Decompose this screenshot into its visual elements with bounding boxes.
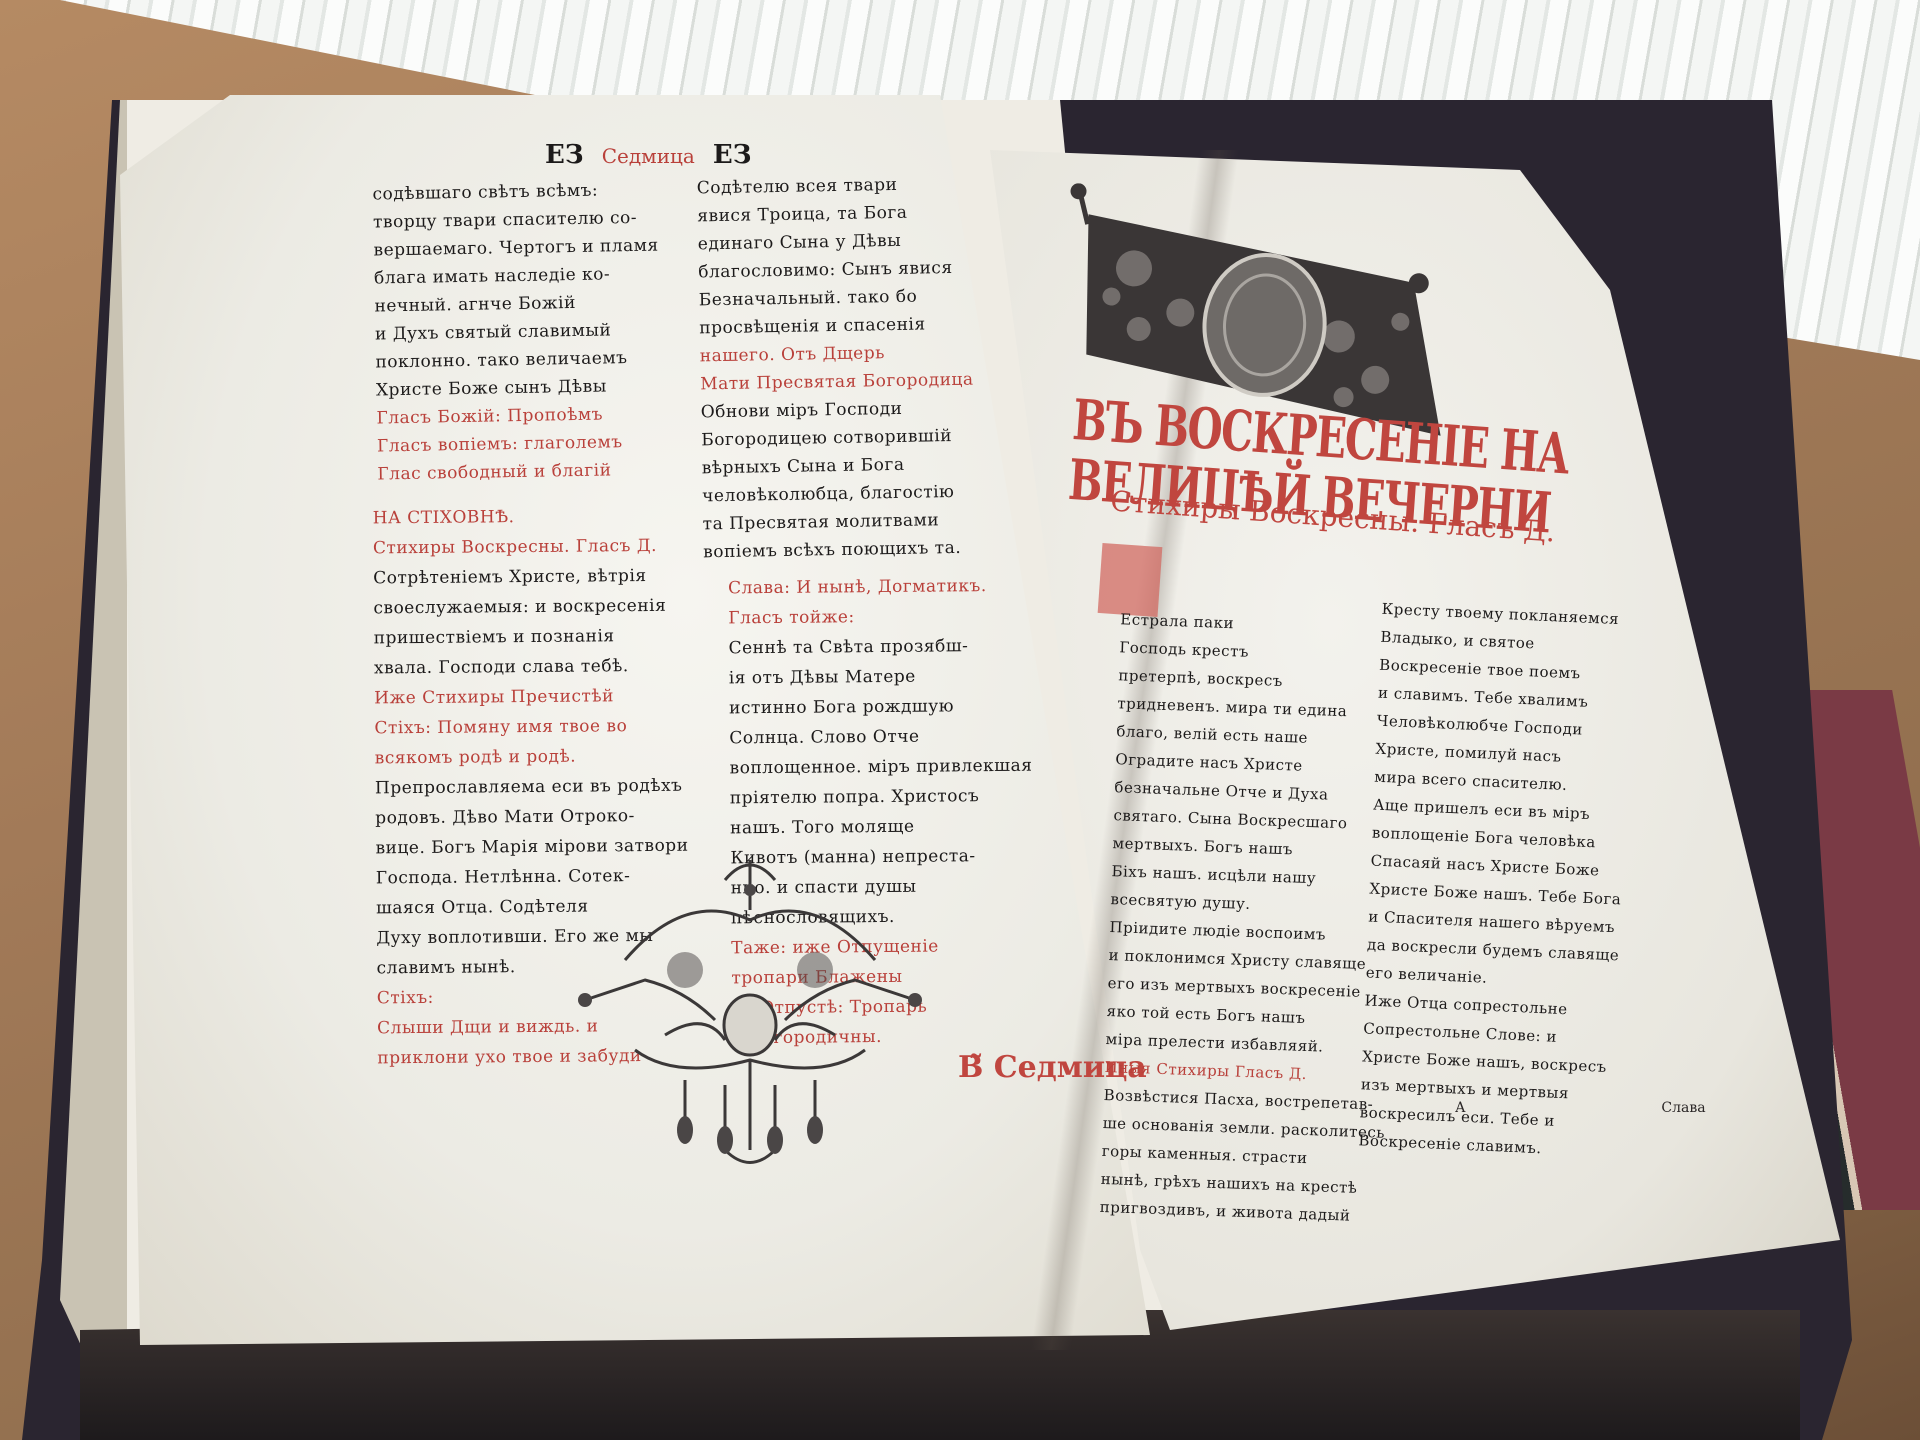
text-line: всякомъ родѣ и родѣ. (375, 741, 688, 774)
text-line: вершаемаго. Чертогъ и пламя (373, 232, 659, 265)
text-line: родовъ. Дѣво Мати Отроко- (375, 801, 688, 834)
text-line: пріятелю попра. Христосъ (730, 781, 1033, 814)
right-page-column-a: Естрала пакиГосподь крестъпретерпѣ, воск… (1099, 605, 1403, 1230)
left-page-column-b-top: Содѣтелю всея твариявися Троица, та Бога… (697, 170, 977, 567)
text-line: пришествіемъ и познанія (374, 621, 687, 654)
text-line: Стихиры Воскресны. Гласъ Д. (373, 531, 686, 564)
running-title: Седмица (602, 144, 695, 168)
tailpiece-ornament-icon (565, 850, 935, 1180)
text-line: Богородицею сотворившій (701, 422, 975, 455)
text-line: ія отъ Дѣвы Матере (729, 661, 1032, 694)
left-page-column-a-top: содѣвшаго свѣтъ всѣмъ:творцу твари спаси… (372, 176, 662, 489)
text-line: хвала. Господи слава тебѣ. (374, 651, 687, 684)
text-line: Гласъ вопіемъ: глаголемъ (377, 427, 663, 460)
photo-scene: ЕЗ Седмица ЕЗ содѣвшаго свѣтъ всѣмъ:твор… (0, 0, 1920, 1440)
text-line: Препрославляема еси въ родѣхъ (375, 771, 688, 804)
text-line: НА СТІХОВНѢ. (373, 501, 686, 534)
catchword-text: Слава (1661, 1100, 1705, 1116)
running-head: ЕЗ Седмица ЕЗ (545, 140, 752, 170)
catchword: А Слава (1455, 1100, 1706, 1116)
text-line: Солнца. Слово Отче (729, 721, 1032, 754)
text-line: благословимо: Сынъ явися (698, 254, 972, 287)
text-line: поклонно. тако величаемъ (375, 344, 661, 377)
text-line: Глас свободный и благій (377, 455, 663, 488)
text-line: Стіхъ: Помяну имя твое во (374, 711, 687, 744)
text-line: истинно Бога рождшую (729, 691, 1032, 724)
text-line: Сотрѣтеніемъ Христе, вѣтрія (373, 561, 686, 594)
text-line: вопіемъ всѣхъ поющихъ та. (703, 534, 977, 567)
text-line: нашъ. Того моляще (730, 811, 1033, 844)
folio-number-left: ЕЗ (545, 140, 584, 170)
right-page-column-b: Кресту твоему покланяемсяВладыко, и свят… (1358, 595, 1635, 1165)
text-line: своеслужаемыя: и воскресенія (373, 591, 686, 624)
text-line: Иже Стихиры Пречистѣй (374, 681, 687, 714)
text-line: Сеннѣ та Свѣта прозябш- (728, 631, 1031, 664)
signature-letter: А (1455, 1100, 1466, 1116)
folio-number-right: ЕЗ (713, 140, 752, 170)
text-line: воплощенное. міръ привлекшая (729, 751, 1032, 784)
text-line: Мати Пресвятая Богородица (700, 366, 974, 399)
text-line: Гласъ тойже: (728, 601, 1031, 634)
text-line: Слава: И нынѣ, Догматикъ. (728, 571, 1031, 604)
